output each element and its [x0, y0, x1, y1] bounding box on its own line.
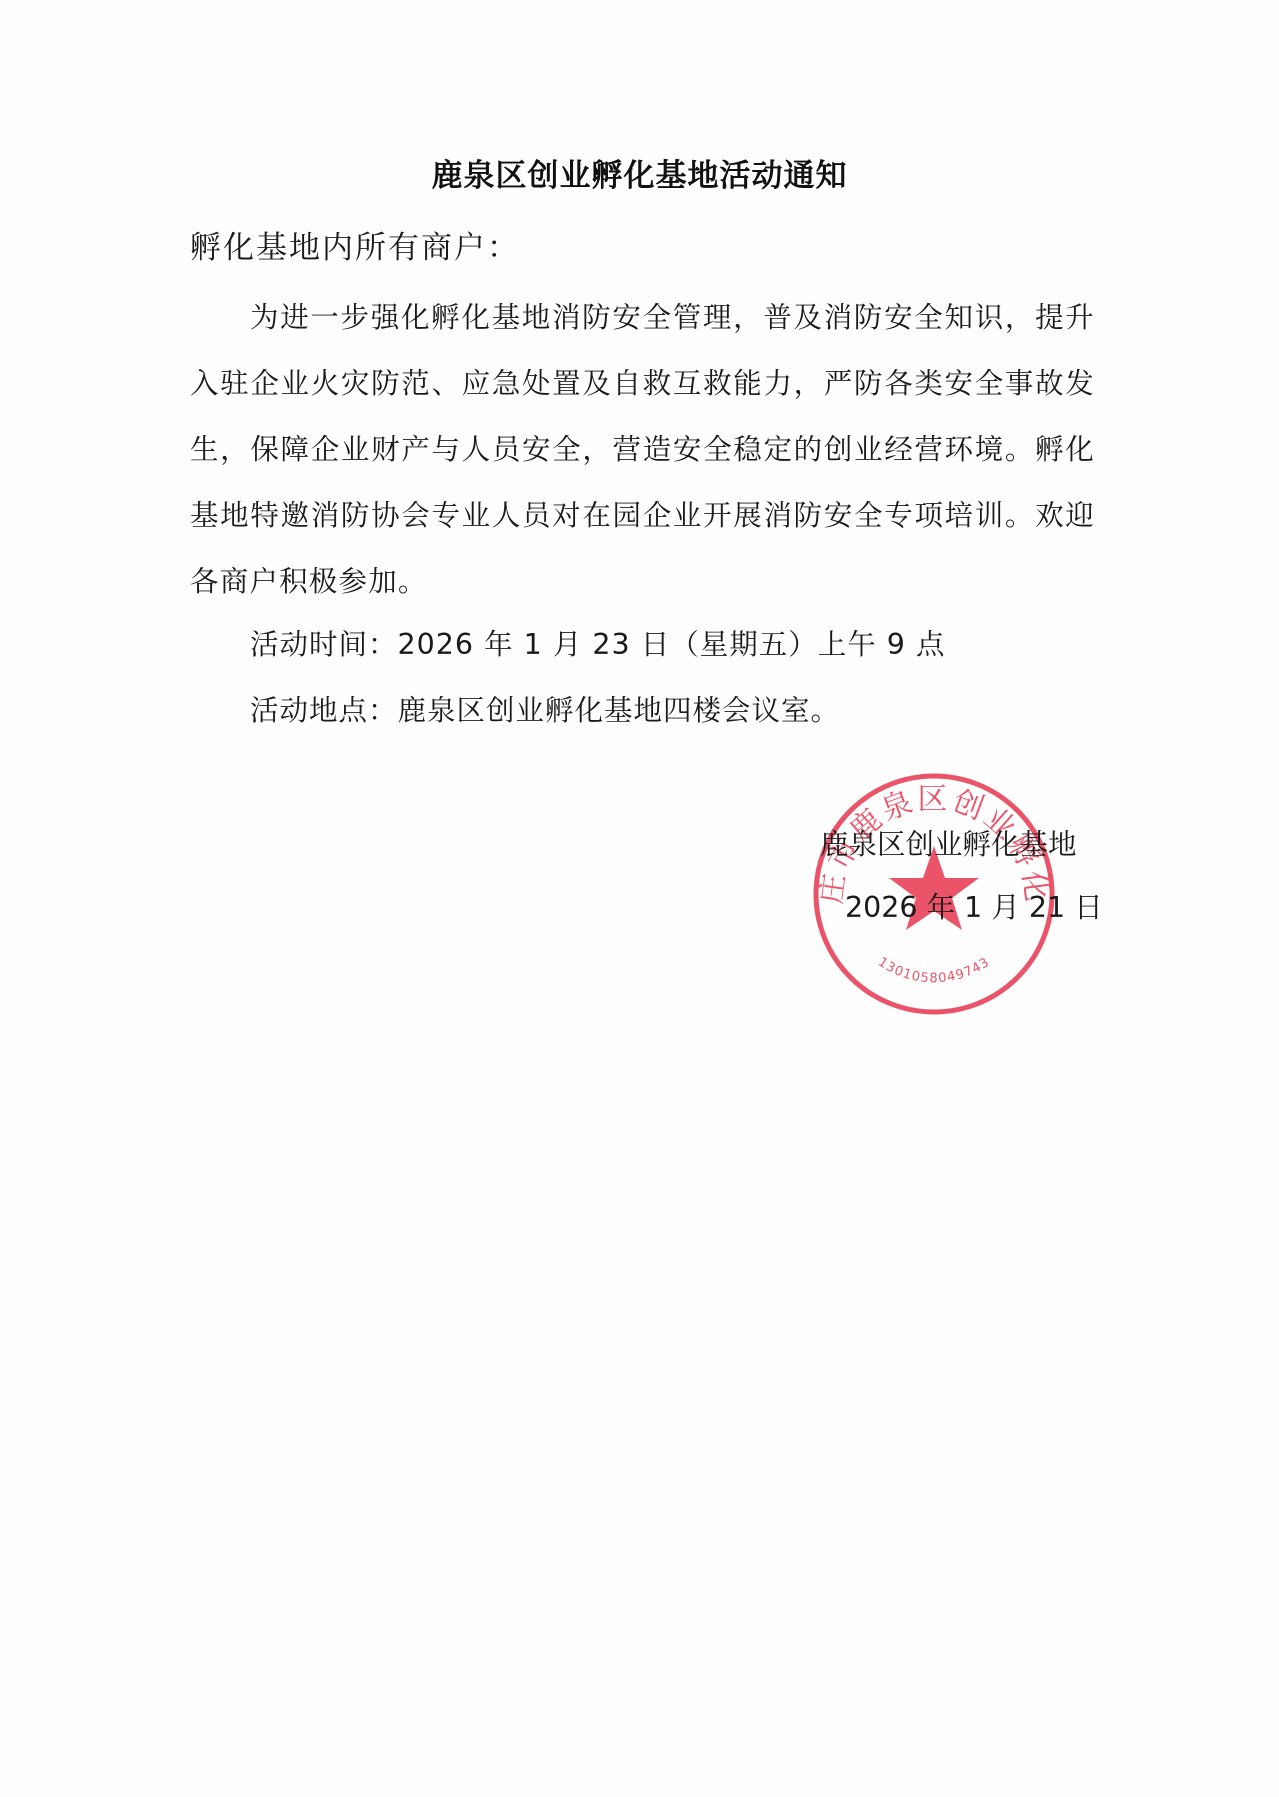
- event-time: 活动时间：2026 年 1 月 23 日（星期五）上午 9 点: [250, 622, 945, 663]
- signature-date: 2026 年 1 月 21 日: [845, 885, 1103, 926]
- document-page: 鹿泉区创业孵化基地活动通知 孵化基地内所有商户： 为进一步强化孵化基地消防安全管…: [0, 0, 1279, 1797]
- stamp-serial-number: 1301058049743: [875, 955, 993, 986]
- event-place: 活动地点：鹿泉区创业孵化基地四楼会议室。: [250, 688, 840, 729]
- salutation: 孵化基地内所有商户：: [190, 222, 520, 267]
- document-title: 鹿泉区创业孵化基地活动通知: [0, 150, 1279, 195]
- svg-text:1301058049743: 1301058049743: [875, 955, 993, 986]
- signature-organization: 鹿泉区创业孵化基地: [820, 822, 1077, 863]
- body-paragraph: 为进一步强化孵化基地消防安全管理，普及消防安全知识，提升入驻企业火灾防范、应急处…: [190, 285, 1095, 615]
